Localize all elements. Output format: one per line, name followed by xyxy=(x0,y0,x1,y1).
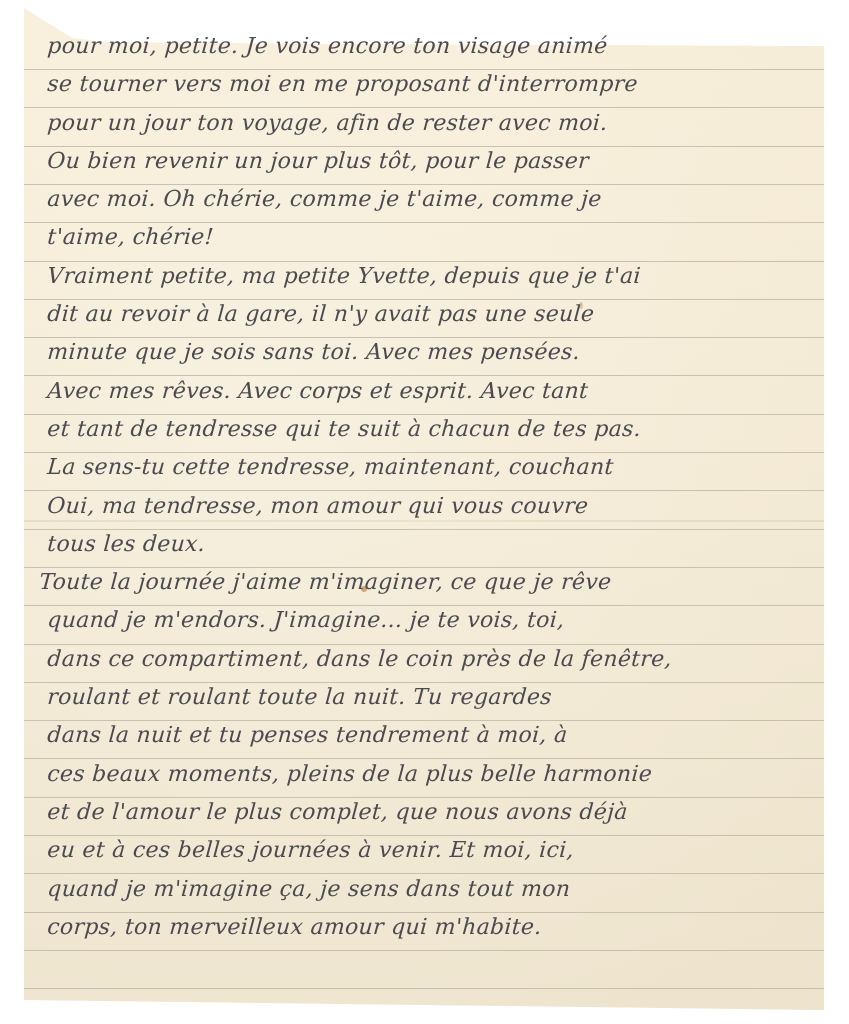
text-line: quand je m'endors. J'imagine... je te vo… xyxy=(46,602,829,640)
text-line: corps, ton merveilleux amour qui m'habit… xyxy=(46,909,829,947)
text-line: t'aime, chérie! xyxy=(46,219,829,257)
text-line: avec moi. Oh chérie, comme je t'aime, co… xyxy=(46,181,829,219)
text-line: et de l'amour le plus complet, que nous … xyxy=(46,794,829,832)
text-line: pour un jour ton voyage, afin de rester … xyxy=(46,105,829,143)
text-line: quand je m'imagine ça, je sens dans tout… xyxy=(46,871,829,909)
text-line: se tourner vers moi en me proposant d'in… xyxy=(46,66,829,104)
ruled-line xyxy=(24,988,824,989)
text-line: dans la nuit et tu penses tendrement à m… xyxy=(46,717,829,755)
text-line: roulant et roulant toute la nuit. Tu reg… xyxy=(46,679,829,717)
ruled-line xyxy=(24,950,824,951)
text-line: Avec mes rêves. Avec corps et esprit. Av… xyxy=(46,373,829,411)
letter-body: pour moi, petite. Je vois encore ton vis… xyxy=(46,28,826,947)
text-line: La sens-tu cette tendresse, maintenant, … xyxy=(46,449,829,487)
text-line: Oui, ma tendresse, mon amour qui vous co… xyxy=(46,488,829,526)
text-line: minute que je sois sans toi. Avec mes pe… xyxy=(46,334,829,372)
text-line: Ou bien revenir un jour plus tôt, pour l… xyxy=(46,143,829,181)
text-line: et tant de tendresse qui te suit à chacu… xyxy=(46,411,829,449)
text-line: ces beaux moments, pleins de la plus bel… xyxy=(46,756,829,794)
text-line: dans ce compartiment, dans le coin près … xyxy=(46,641,829,679)
text-line: Toute la journée j'aime m'imaginer, ce q… xyxy=(38,564,829,602)
text-line: tous les deux. xyxy=(46,526,829,564)
text-line: eu et à ces belles journées à venir. Et … xyxy=(46,832,829,870)
text-line: dit au revoir à la gare, il n'y avait pa… xyxy=(46,296,829,334)
text-line: Vraiment petite, ma petite Yvette, depui… xyxy=(46,258,829,296)
text-line: pour moi, petite. Je vois encore ton vis… xyxy=(46,28,829,66)
